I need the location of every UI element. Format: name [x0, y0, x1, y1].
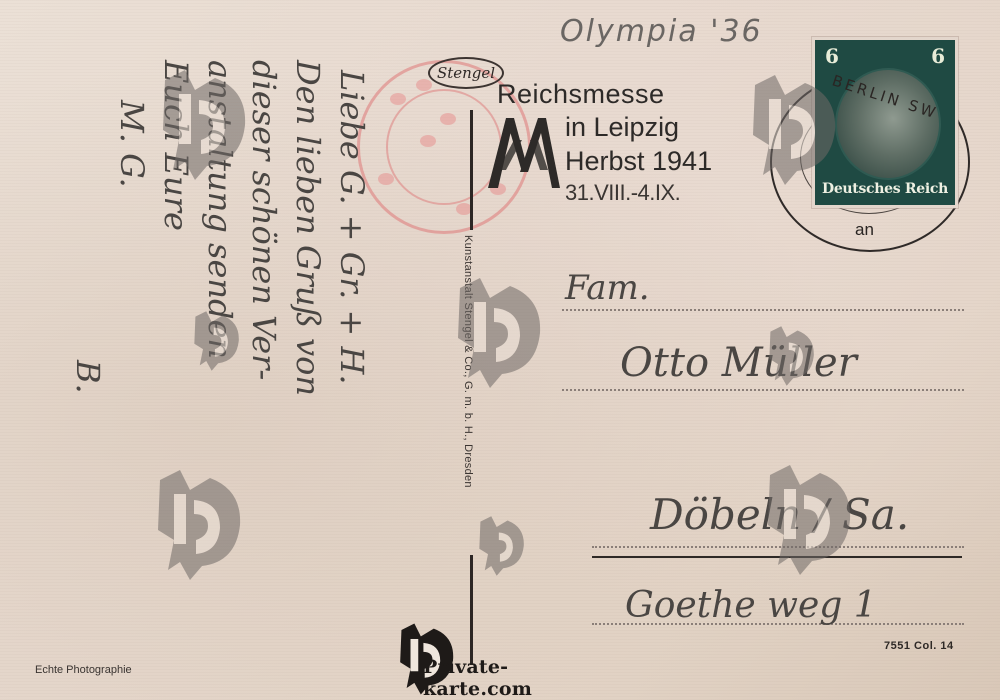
- center-divider-top: [470, 110, 473, 230]
- message-line: Den lieben Gruß von: [286, 60, 330, 620]
- red-stamp-mark: [378, 173, 394, 185]
- address-salutation: Fam.: [565, 268, 650, 308]
- stamp-value-right: 6: [931, 44, 945, 68]
- slogan-cancellation: Reichsmesse in Leipzig Herbst 1941 31.VI…: [497, 78, 712, 208]
- red-stamp-mark: [420, 135, 436, 147]
- slogan-line-2: in Leipzig: [497, 110, 712, 144]
- publisher-logo: Stengel: [428, 57, 504, 89]
- red-stamp-mark: [440, 113, 456, 125]
- pencil-note: Olympia '36: [560, 14, 763, 49]
- address-line-2: [562, 389, 964, 391]
- message-line: B.: [66, 60, 110, 620]
- message-line: M. G.: [110, 60, 154, 620]
- postmark-suffix: an: [855, 220, 874, 240]
- card-code: 7551 Col. 14: [884, 640, 954, 652]
- slogan-line-4: 31.VIII.-4.IX.: [497, 178, 712, 208]
- site-watermark: Private-karte.com: [395, 620, 610, 700]
- message-line: Liebe G. + Gr. + H.: [330, 60, 374, 620]
- watermark-logo-icon: [190, 310, 242, 372]
- slogan-line-3: Herbst 1941: [497, 144, 712, 178]
- postcard-back: Olympia '36 Stengel Kunstanstalt Stengel…: [0, 0, 1000, 700]
- watermark-logo-icon: [450, 278, 546, 388]
- stamp-value-left: 6: [825, 44, 839, 68]
- address-name: Otto Müller: [620, 340, 857, 386]
- watermark-logo-icon: [155, 70, 251, 180]
- echte-photographie-print: Echte Photographie: [35, 664, 132, 676]
- address-line-1: [562, 309, 964, 311]
- red-stamp-mark: [390, 93, 406, 105]
- red-stamp-mark: [416, 79, 432, 91]
- watermark-logo-icon: [475, 515, 527, 577]
- address-street: Goethe weg 1: [625, 585, 877, 626]
- watermark-logo-icon: [150, 470, 246, 580]
- slogan-line-1: Reichsmesse: [497, 78, 712, 110]
- watermark-logo-icon: [760, 465, 856, 575]
- site-watermark-text: Private-karte.com: [423, 656, 610, 700]
- watermark-logo-icon: [745, 75, 841, 185]
- watermark-logo-icon: [765, 325, 817, 387]
